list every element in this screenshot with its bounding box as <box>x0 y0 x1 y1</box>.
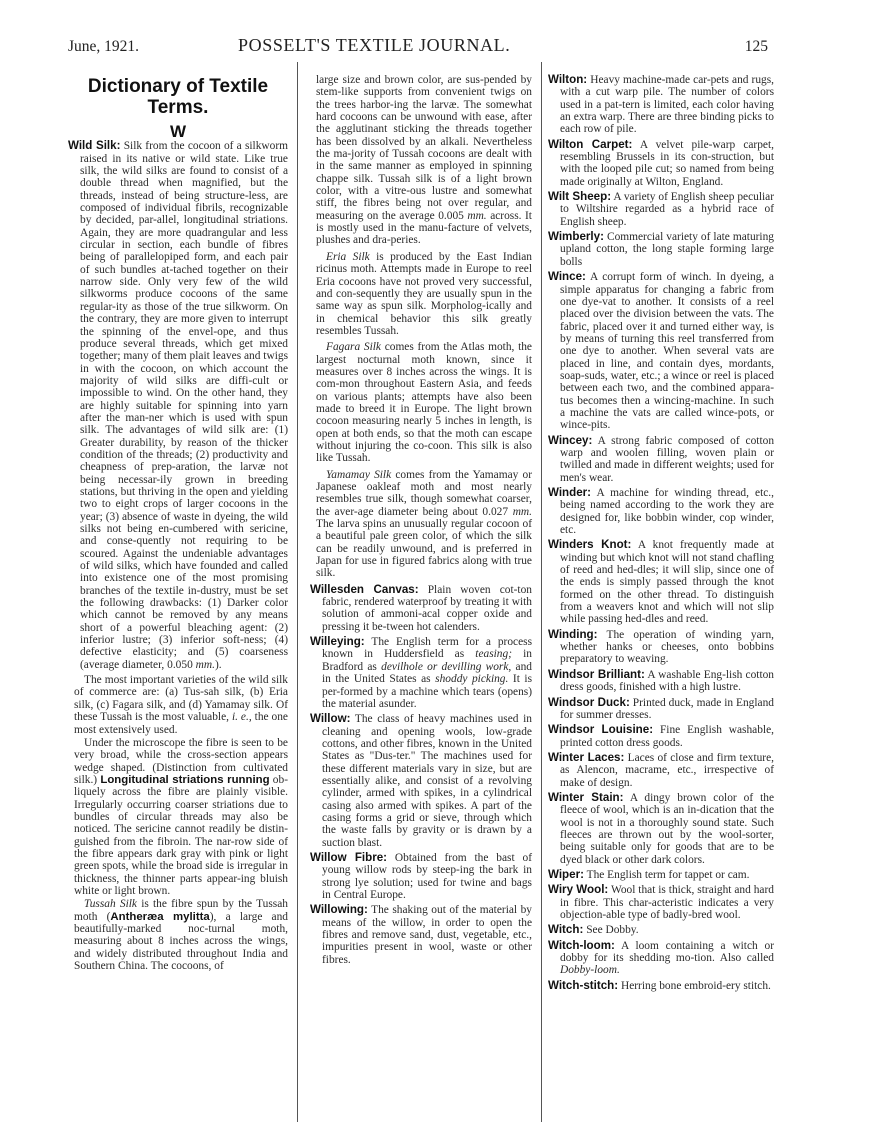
entry-term: Winders Knot: <box>548 538 631 551</box>
entry-term: Witch-stitch: <box>548 979 618 992</box>
entry-text: A knot frequently made at winding but wh… <box>560 539 774 625</box>
column-2: large size and brown color, are sus-pend… <box>310 74 532 969</box>
entry-text: The English term for tappet or cam. <box>587 869 750 881</box>
paragraph: Under the microscope the fibre is seen t… <box>68 737 288 897</box>
entry-term: Winder: <box>548 486 591 499</box>
dictionary-entry: Witch-stitch: Herring bone embroid-ery s… <box>548 980 774 992</box>
dictionary-entry: Wilton: Heavy machine-made car-pets and … <box>548 74 774 136</box>
dictionary-entry: Willow: The class of heavy machines used… <box>310 713 532 849</box>
entry-term: Windsor Brilliant: <box>548 668 645 681</box>
paragraph: Eria Silk is produced by the East Indian… <box>310 251 532 337</box>
paragraph: large size and brown color, are sus-pend… <box>310 74 532 247</box>
entry-term: Wiry Wool: <box>548 883 608 896</box>
subterm: Yamamay Silk <box>326 469 391 481</box>
paragraph: The most important varieties of the wild… <box>68 674 288 736</box>
paragraph-text: large size and brown color, are sus-pend… <box>316 74 532 222</box>
dictionary-entry: Wiper: The English term for tappet or ca… <box>548 869 774 881</box>
entry-term: Wincey: <box>548 434 592 447</box>
entry-text: ). <box>215 659 222 671</box>
column-3: Wilton: Heavy machine-made car-pets and … <box>548 74 774 995</box>
entry-term: Wince: <box>548 270 586 283</box>
dictionary-entry: Wince: A corrupt form of winch. In dyein… <box>548 271 774 431</box>
dictionary-entry: Wilton Carpet: A velvet pile-warp carpet… <box>548 139 774 188</box>
paragraph-text: The larva spins an unusually regular coc… <box>316 518 532 579</box>
dictionary-entry: Wiry Wool: Wool that is thick, straight … <box>548 884 774 921</box>
dictionary-entry: Winder: A machine for winding thread, et… <box>548 487 774 536</box>
journal-title: POSSELT'S TEXTILE JOURNAL. <box>238 35 510 56</box>
running-head: June, 1921. POSSELT'S TEXTILE JOURNAL. 1… <box>68 30 768 54</box>
article-title: Dictionary of Textile Terms. <box>68 76 288 118</box>
entry-term: Wiper: <box>548 868 584 881</box>
entry-term: Wild Silk: <box>68 139 120 152</box>
issue-date: June, 1921. <box>68 38 139 56</box>
paragraph-text: is produced by the East Indian ricinus m… <box>316 251 532 337</box>
dictionary-entry: Willow Fibre: Obtained from the bast of … <box>310 852 532 901</box>
bold-text: Longitudinal striations running <box>100 774 269 786</box>
italic-text: shoddy picking. <box>435 673 508 685</box>
dictionary-entry: Willesden Canvas: Plain woven cot-ton fa… <box>310 584 532 633</box>
subterm: Tussah Silk <box>84 898 137 910</box>
dictionary-entry: Winding: The operation of winding yarn, … <box>548 629 774 666</box>
entry-term: Witch-loom: <box>548 939 615 952</box>
entry-text: A machine for winding thread, etc., bein… <box>560 487 774 536</box>
entry-term: Willeying: <box>310 635 365 648</box>
italic-text: i. e., <box>232 711 252 723</box>
entry-term: Windsor Louisine: <box>548 723 653 736</box>
entry-term: Wilton Carpet: <box>548 138 632 151</box>
entry-term: Willow Fibre: <box>310 851 387 864</box>
column-1: Dictionary of Textile Terms. W Wild Silk… <box>68 74 288 973</box>
dictionary-entry: Winter Laces: Laces of close and firm te… <box>548 752 774 789</box>
unit-text: mm. <box>513 506 532 518</box>
dictionary-entry: Winders Knot: A knot frequently made at … <box>548 539 774 625</box>
entry-text: A corrupt form of winch. In dyeing, a si… <box>560 271 774 431</box>
column-divider <box>541 62 542 1122</box>
dictionary-entry: Windsor Brilliant: A washable Eng-lish c… <box>548 669 774 694</box>
dictionary-entry: Wincey: A strong fabric composed of cott… <box>548 435 774 484</box>
entry-text: Herring bone embroid-ery stitch. <box>621 980 771 992</box>
entry-text: Silk from the cocoon of a silkworm raise… <box>80 140 288 670</box>
entry-term: Winter Laces: <box>548 751 624 764</box>
dictionary-entry: Wild Silk: Silk from the cocoon of a sil… <box>68 140 288 671</box>
entry-text: A strong fabric composed of cotton warp … <box>560 435 774 484</box>
paragraph-text: comes from the Atlas moth, the largest n… <box>316 341 532 464</box>
entry-text: See Dobby. <box>586 924 638 936</box>
italic-text: Dobby-loom. <box>560 964 620 976</box>
entry-term: Wilt Sheep: <box>548 190 611 203</box>
page-number: 125 <box>745 38 768 56</box>
entry-text: Heavy machine-made car-pets and rugs, wi… <box>560 74 774 135</box>
paragraph: Tussah Silk is the fibre spun by the Tus… <box>68 898 288 972</box>
unit-text: mm. <box>196 659 215 671</box>
dictionary-entry: Winter Stain: A dingy brown color of the… <box>548 792 774 866</box>
dictionary-entry: Windsor Duck: Printed duck, made in Engl… <box>548 697 774 722</box>
entry-term: Windsor Duck: <box>548 696 630 709</box>
italic-text: teasing; <box>475 648 512 660</box>
entry-term: Wilton: <box>548 73 587 86</box>
latin-name: Antheræa mylitta <box>110 911 209 923</box>
entry-term: Willesden Canvas: <box>310 583 419 596</box>
section-letter: W <box>68 126 288 138</box>
subterm: Eria Silk <box>326 251 370 263</box>
dictionary-entry: Witch-loom: A loom containing a witch or… <box>548 940 774 977</box>
dictionary-entry: Wimberly: Commercial variety of late mat… <box>548 231 774 268</box>
entry-text: The class of heavy machines used in clea… <box>322 713 532 848</box>
dictionary-entry: Wilt Sheep: A variety of English sheep p… <box>548 191 774 228</box>
paragraph-text: ob-liquely across the fibre are plainly … <box>74 774 288 897</box>
dictionary-entry: Witch: See Dobby. <box>548 924 774 936</box>
dictionary-entry: Willeying: The English term for a proces… <box>310 636 532 710</box>
dictionary-entry: Windsor Louisine: Fine English washable,… <box>548 724 774 749</box>
paragraph: Yamamay Silk comes from the Yamamay or J… <box>310 469 532 580</box>
entry-term: Witch: <box>548 923 583 936</box>
entry-term: Willowing: <box>310 903 368 916</box>
column-divider <box>297 62 298 1122</box>
entry-term: Willow: <box>310 712 350 725</box>
unit-text: mm. <box>467 210 486 222</box>
entry-term: Winding: <box>548 628 597 641</box>
entry-term: Wimberly: <box>548 230 604 243</box>
paragraph: Fagara Silk comes from the Atlas moth, t… <box>310 341 532 464</box>
entry-term: Winter Stain: <box>548 791 624 804</box>
subterm: Fagara Silk <box>326 341 381 353</box>
dictionary-entry: Willowing: The shaking out of the materi… <box>310 904 532 966</box>
italic-text: devilhole or devilling work, <box>381 661 511 673</box>
